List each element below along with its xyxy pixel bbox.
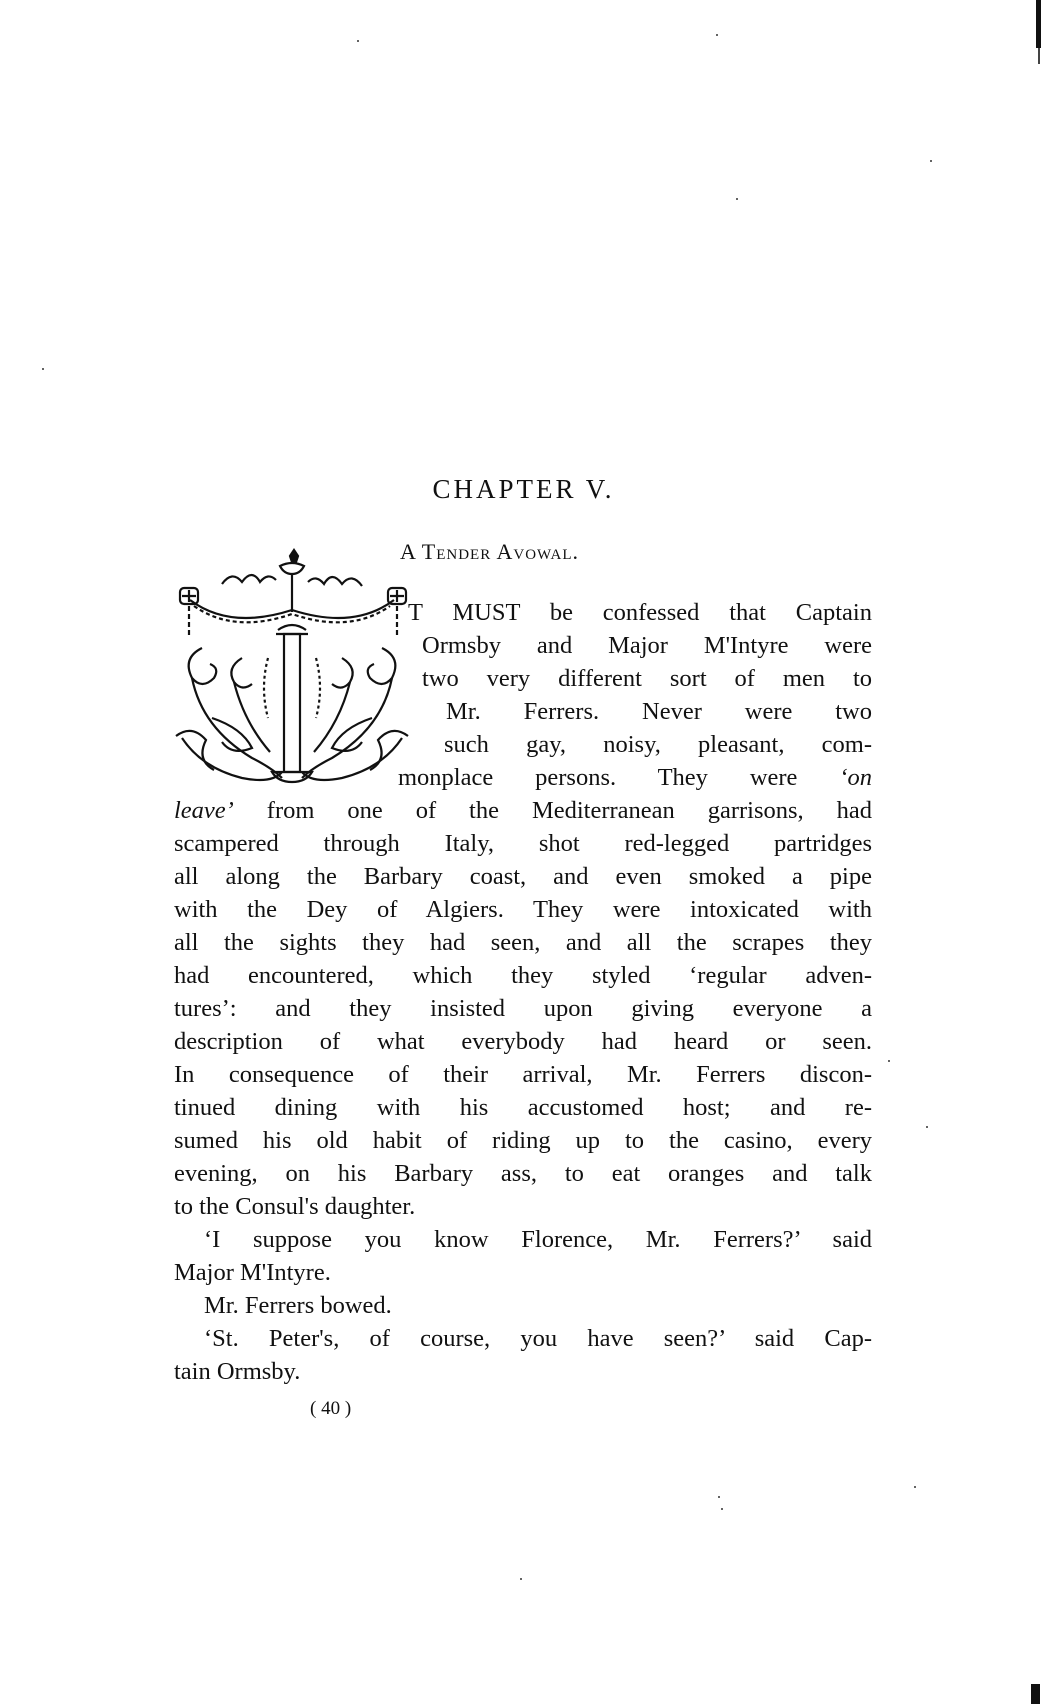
scan-speck (914, 1486, 916, 1488)
scan-speck (718, 1496, 720, 1498)
scan-speck (926, 1126, 928, 1128)
text-line: all along the Barbary coast, and even sm… (174, 860, 872, 893)
text-line: sumed his old habit of riding up to the … (174, 1124, 872, 1157)
scan-speck (42, 368, 44, 370)
text-line: tinued dining with his accustomed host; … (174, 1091, 872, 1124)
text-line: Mr. Ferrers bowed. (174, 1289, 872, 1322)
text-line: to the Consul's daughter. (174, 1190, 872, 1223)
text-fragment: from one of the Mediterranean garrisons,… (267, 797, 872, 824)
text-line: Major M'Intyre. (174, 1256, 872, 1289)
scan-speck (716, 34, 718, 36)
text-line: all the sights they had seen, and all th… (174, 926, 872, 959)
page-number: ( 40 ) (310, 1398, 351, 1420)
text-line-with-italic: monplace persons. They were ‘on (174, 761, 872, 794)
text-line: In consequence of their arrival, Mr. Fer… (174, 1058, 872, 1091)
chapter-subtitle: A Tender Avowal. (400, 539, 579, 565)
chapter-body-text: T MUST be confessed that Captain Ormsby … (174, 596, 872, 1388)
scan-speck (721, 1508, 723, 1510)
text-fragment: monplace persons. They were (398, 764, 839, 791)
text-line: evening, on his Barbary ass, to eat oran… (174, 1157, 872, 1190)
text-line: ‘I suppose you know Florence, Mr. Ferrer… (174, 1223, 872, 1256)
text-line: Mr. Ferrers. Never were two (174, 695, 872, 728)
scan-speck (520, 1578, 522, 1580)
text-line: description of what everybody had heard … (174, 1025, 872, 1058)
text-line-with-italic: leave’ from one of the Mediterranean gar… (174, 794, 872, 827)
text-line: tures’: and they insisted upon giving ev… (174, 992, 872, 1025)
page-edge-mark (1038, 48, 1040, 64)
italic-text: leave’ (174, 797, 234, 824)
page-edge-mark (1036, 0, 1041, 48)
text-line: tain Ormsby. (174, 1355, 872, 1388)
text-line: scampered through Italy, shot red-legged… (174, 827, 872, 860)
scan-speck (357, 40, 359, 42)
text-line: with the Dey of Algiers. They were intox… (174, 893, 872, 926)
page-edge-mark (1031, 1684, 1040, 1704)
text-line: such gay, noisy, pleasant, com- (174, 728, 872, 761)
italic-text: ‘on (839, 764, 872, 791)
scan-speck (930, 160, 932, 162)
text-line: had encountered, which they styled ‘regu… (174, 959, 872, 992)
chapter-title: CHAPTER V. (0, 474, 1043, 505)
scan-speck (736, 198, 738, 200)
scan-speck (888, 1060, 890, 1062)
text-line: two very different sort of men to (174, 662, 872, 695)
text-line: Ormsby and Major M'Intyre were (174, 629, 872, 662)
text-line: T MUST be confessed that Captain (174, 596, 872, 629)
text-line: ‘St. Peter's, of course, you have seen?’… (174, 1322, 872, 1355)
